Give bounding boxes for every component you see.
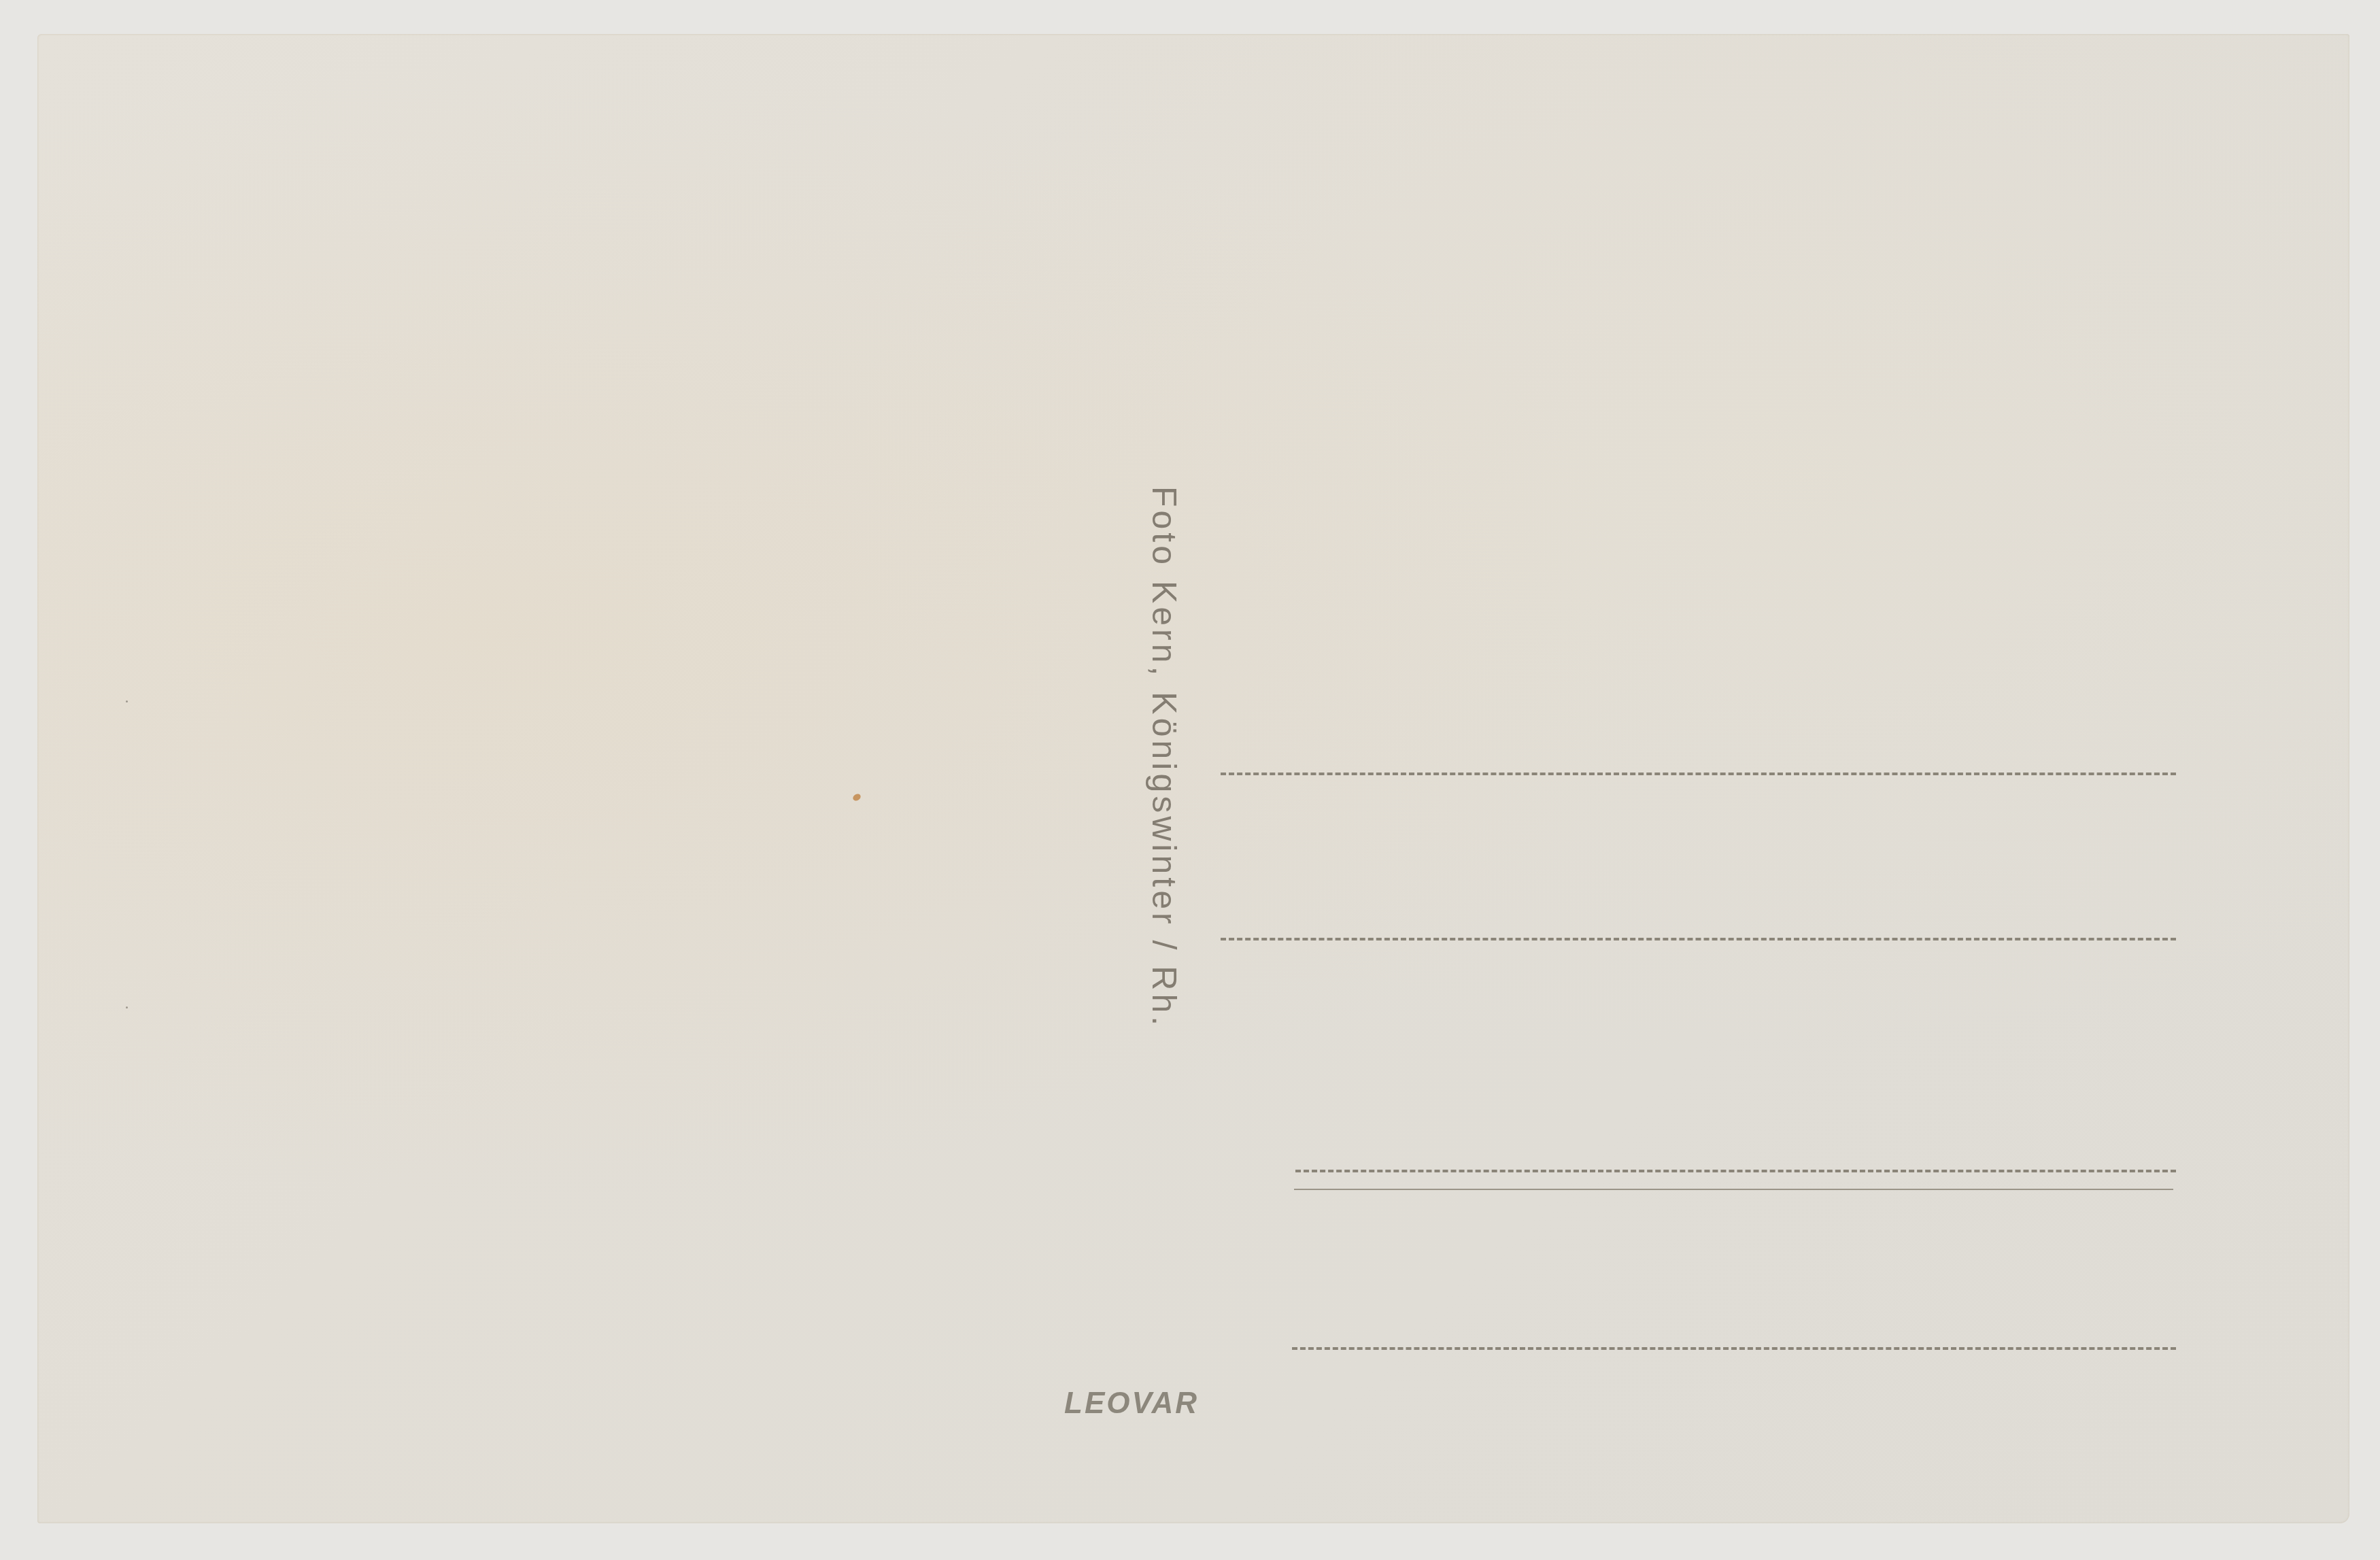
- speck-mark: [126, 1006, 128, 1008]
- address-line-3-underline: [1294, 1189, 2173, 1190]
- publisher-logo: LEOVAR: [1064, 1389, 1199, 1419]
- speck-mark: [126, 700, 128, 702]
- address-line-3: [1295, 1170, 2176, 1172]
- photo-credit: Foto Kern, Königswinter / Rh.: [1147, 486, 1181, 1029]
- postcard-back: [37, 34, 2349, 1523]
- address-line-4: [1292, 1347, 2176, 1350]
- stain-mark: [852, 793, 862, 802]
- address-line-2: [1221, 938, 2176, 940]
- address-line-1: [1221, 773, 2176, 775]
